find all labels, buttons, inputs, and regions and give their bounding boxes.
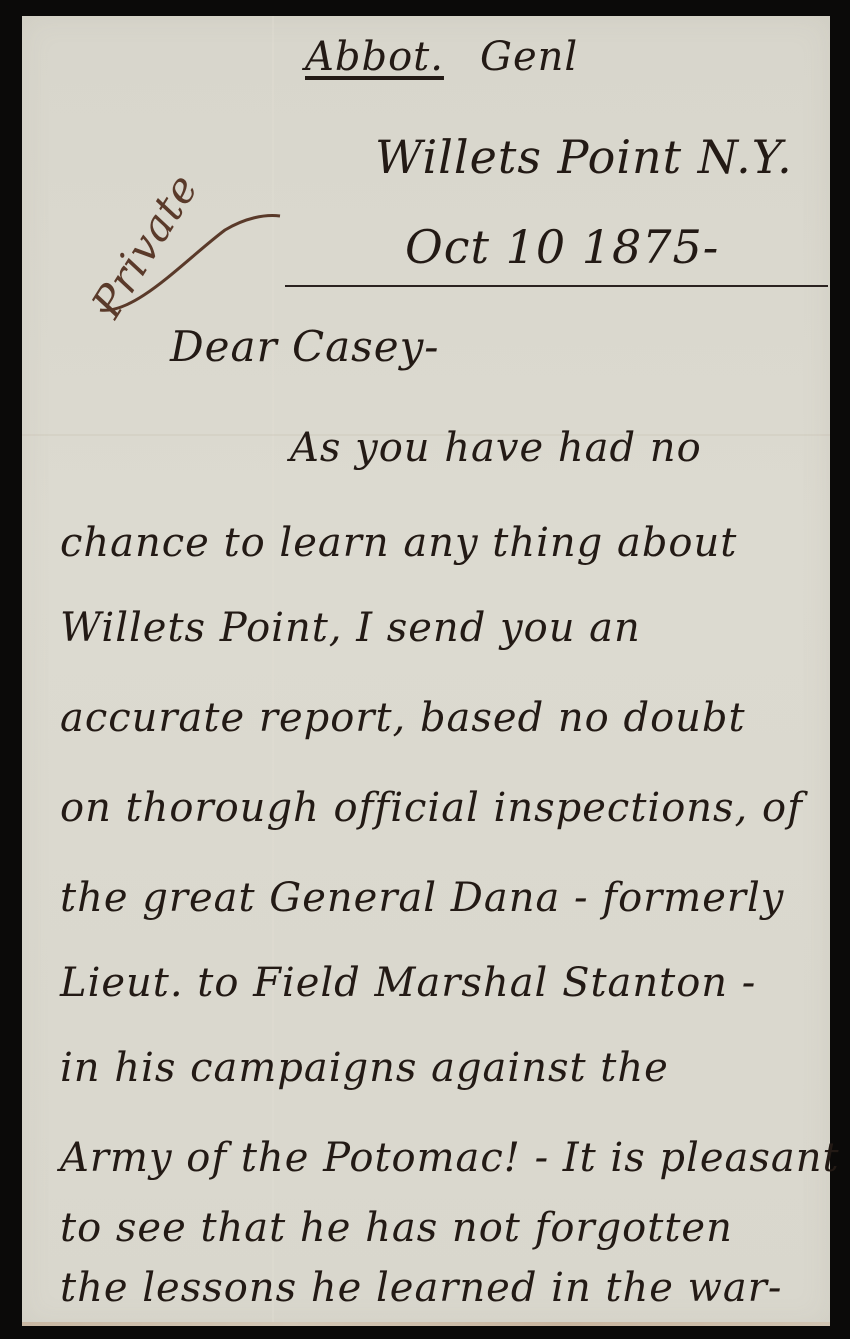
salutation: Dear Casey-: [170, 322, 440, 371]
paper-edge: [22, 1322, 830, 1326]
private-flourish: [95, 200, 295, 320]
letter-place: Willets Point N.Y.: [375, 130, 793, 184]
body-line-6: the great General Dana - formerly: [60, 875, 784, 921]
letter-date: Oct 10 1875-: [405, 220, 719, 274]
body-line-5: on thorough official inspections, of: [60, 785, 803, 831]
docket-rank: Genl: [480, 34, 578, 80]
header-rule: [285, 285, 828, 287]
body-line-7: Lieut. to Field Marshal Stanton -: [60, 960, 756, 1006]
body-line-9: Army of the Potomac! - It is pleasant: [60, 1135, 840, 1181]
body-line-2: chance to learn any thing about: [60, 520, 737, 566]
body-line-8: in his campaigns against the: [60, 1045, 669, 1091]
body-line-10: to see that he has not forgotten: [60, 1205, 733, 1251]
docket-name: Abbot.: [305, 34, 444, 80]
body-line-1: As you have had no: [290, 425, 702, 471]
body-line-11: the lessons he learned in the war-: [60, 1265, 782, 1311]
body-line-3: Willets Point, I send you an: [60, 605, 641, 651]
body-line-4: accurate report, based no doubt: [60, 695, 746, 741]
